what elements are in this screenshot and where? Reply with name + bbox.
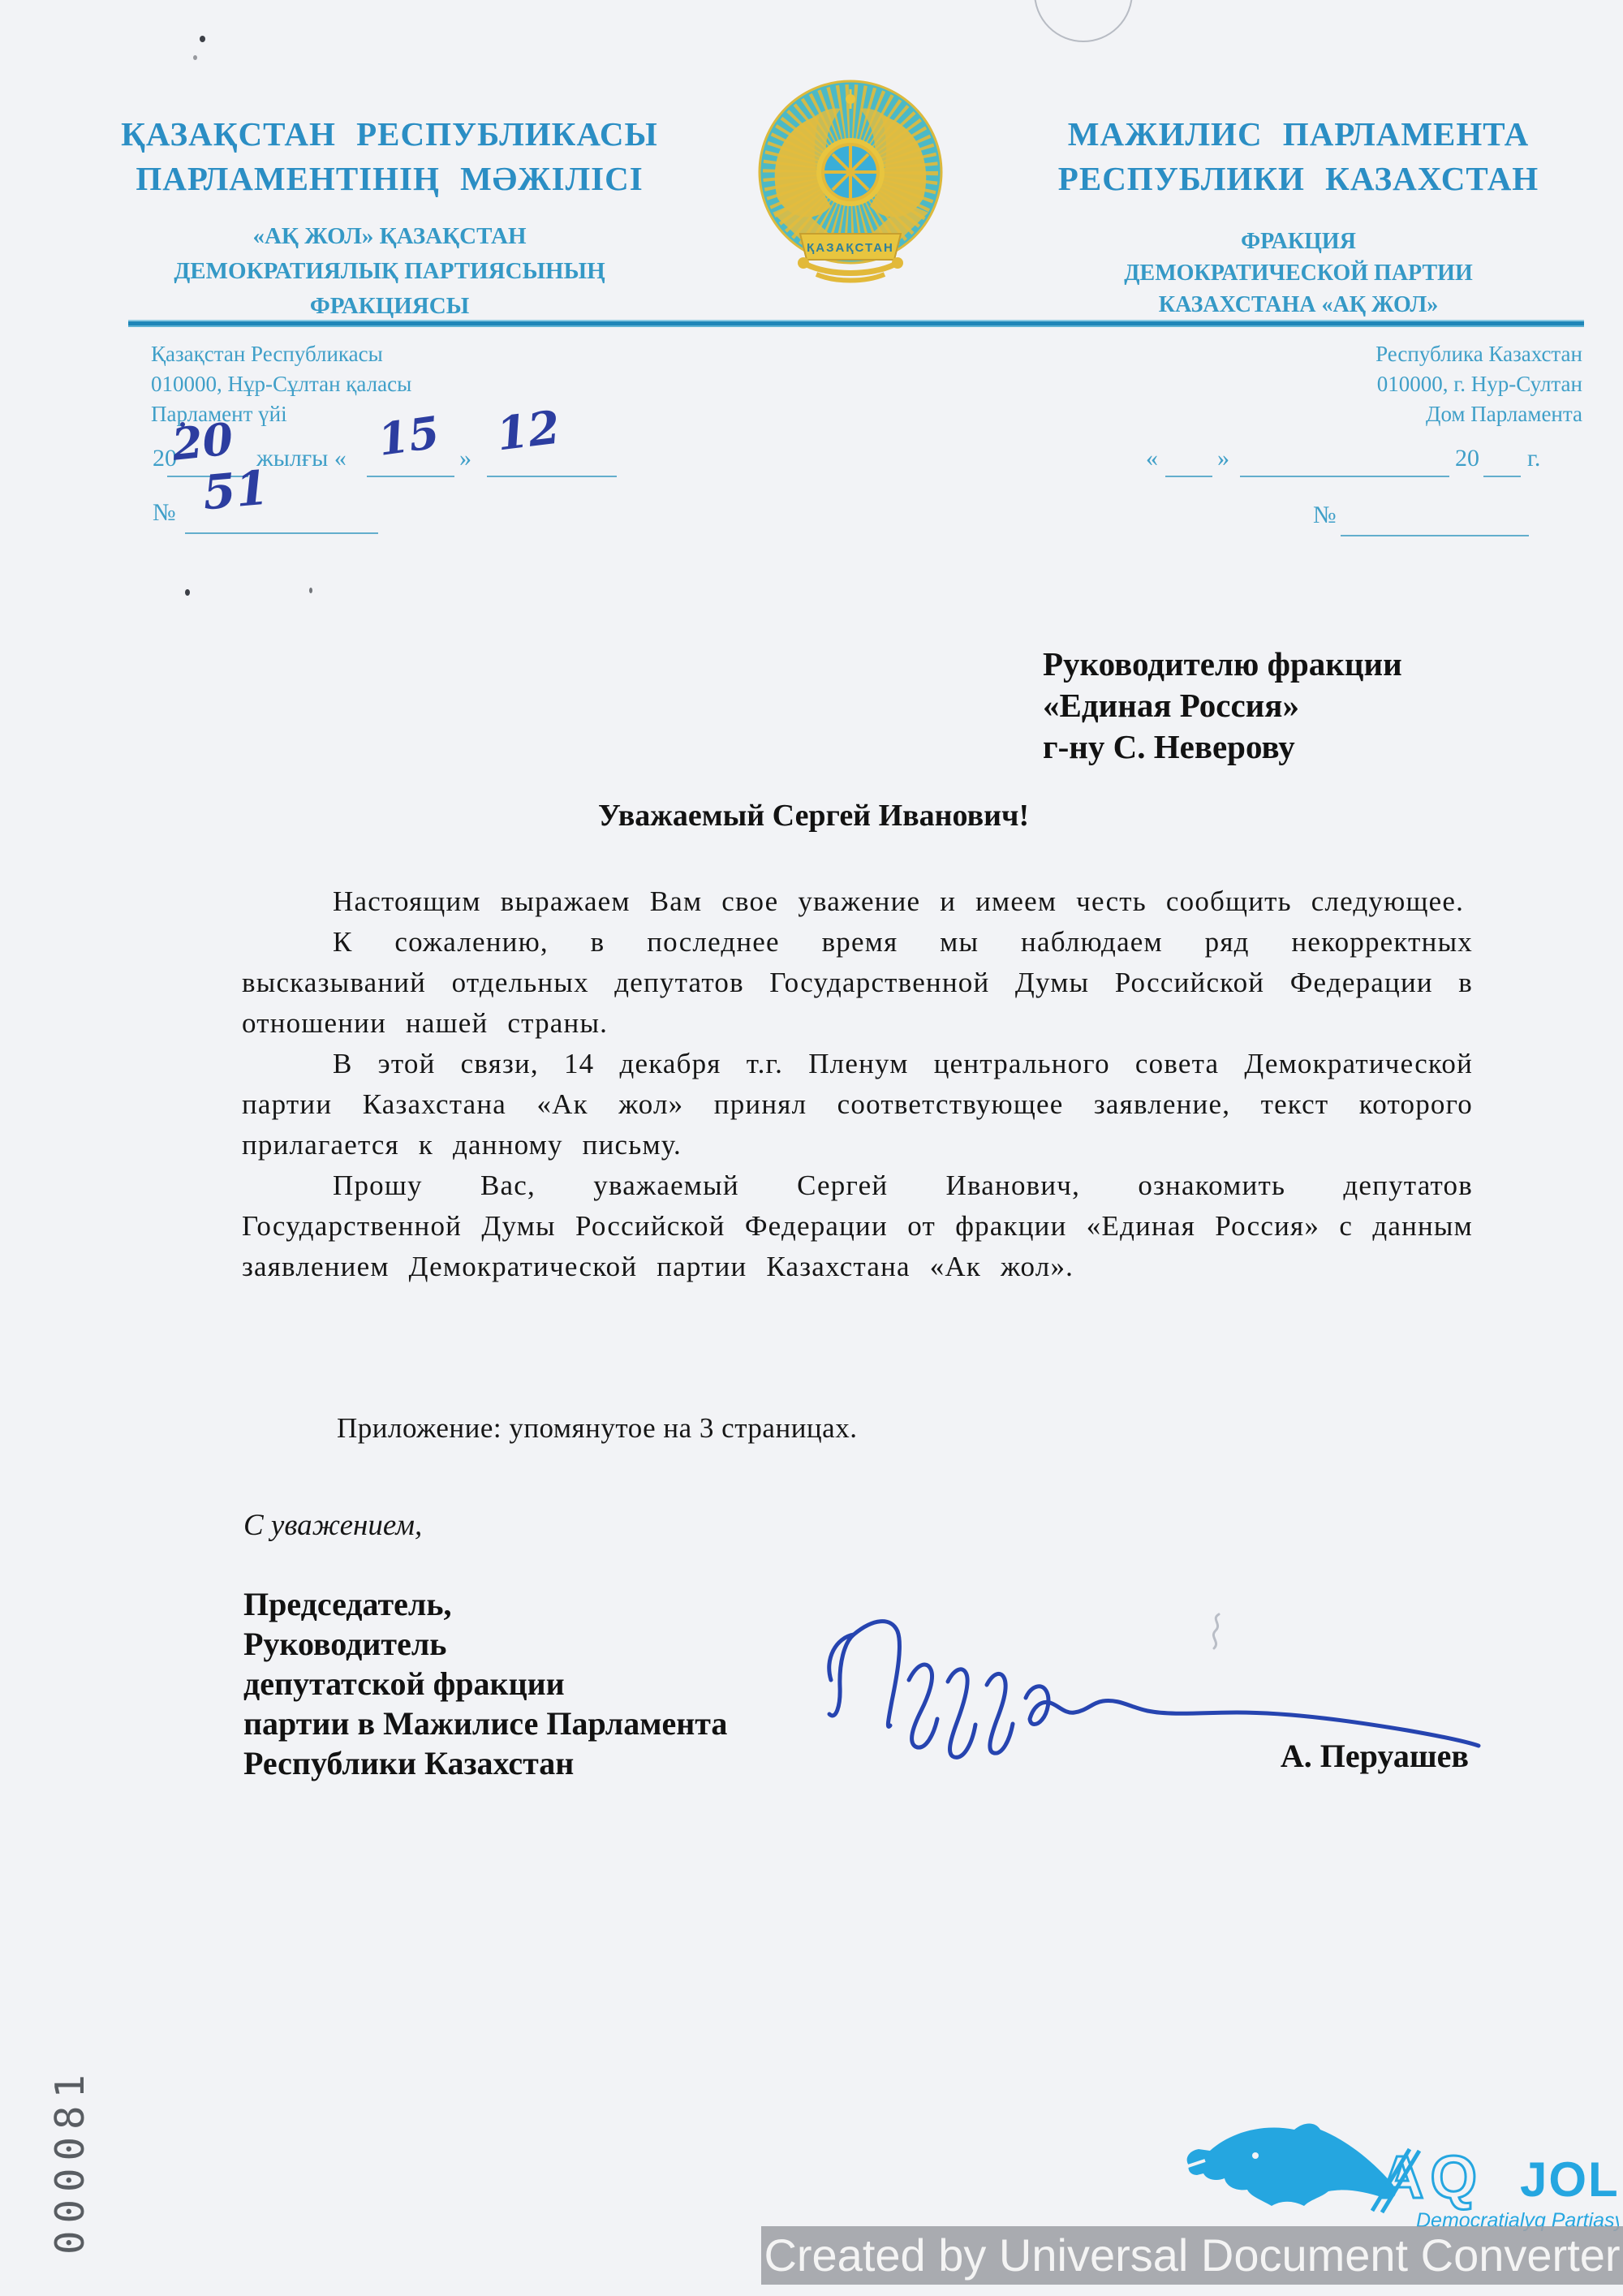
date-left-day-blank (367, 475, 454, 477)
scan-speck (185, 589, 190, 596)
letterhead-right: МАЖИЛИС ПАРЛАМЕНТА РЕСПУБЛИКИ КАЗАХСТАН … (1006, 112, 1591, 321)
letterhead-left-sub-line2: ДЕМОКРАТИЯЛЫҚ ПАРТИЯСЫНЫҢ (114, 254, 665, 289)
letterhead-right-sub-line2: ДЕМОКРАТИЧЕСКОЙ ПАРТИИ (1006, 257, 1591, 289)
body-paragraph-2: К сожалению, в последнее время мы наблюд… (242, 922, 1473, 1044)
scan-artifact-squiggle (1204, 1611, 1229, 1652)
date-right-year-blank (1483, 475, 1521, 477)
horse-head-icon (1186, 2124, 1396, 2207)
document-stamp-number: 000081 (47, 1982, 97, 2255)
salutation: Уважаемый Сергей Иванович! (598, 798, 1029, 834)
scan-artifact-arc (1034, 0, 1133, 42)
body-paragraph-3: В этой связи, 14 декабря т.г. Пленум цен… (242, 1044, 1473, 1165)
recipient-line2: «Единая Россия» (1043, 685, 1402, 726)
letterhead-divider-rule (128, 320, 1584, 327)
letterhead-right-sub-line1: ФРАКЦИЯ (1006, 226, 1591, 257)
handwritten-day: 15 (375, 406, 442, 466)
signature-title-block: Председатель, Руководитель депутатской ф… (243, 1584, 727, 1783)
date-right-close-quote: » (1217, 445, 1229, 472)
scan-speck (200, 36, 205, 42)
address-right-line3: Дом Парламента (1177, 399, 1582, 429)
ref-left-blank (185, 532, 378, 534)
letterhead-left-title-line2: ПАРЛАМЕНТІНІҢ МӘЖІЛІСІ (114, 157, 665, 201)
letterhead-right-sub-line3: КАЗАХСТАНА «АҚ ЖОЛ» (1006, 289, 1591, 321)
scan-speck (309, 588, 312, 593)
recipient-line3: г-ну С. Неверову (1043, 726, 1402, 768)
address-left-line2: 010000, Нұр-Сұлтан қаласы (151, 369, 411, 399)
kazakhstan-coat-of-arms-icon: ҚАЗАҚСТАН (753, 75, 948, 287)
logo-text-jol: JOL (1520, 2152, 1619, 2207)
signature-title-line5: Республики Казахстан (243, 1743, 727, 1783)
logo-text-aq: AQ (1380, 2143, 1483, 2211)
date-right-open-quote: « (1146, 445, 1158, 472)
emblem-banner-text: ҚАЗАҚСТАН (807, 241, 894, 255)
date-left-word: жылғы « (256, 445, 347, 472)
letterhead-left: ҚАЗАҚСТАН РЕСПУБЛИКАСЫ ПАРЛАМЕНТІНІҢ МӘЖ… (114, 112, 665, 324)
date-right-year-prefix: 20 (1455, 445, 1479, 472)
recipient-line1: Руководителю фракции (1043, 644, 1402, 685)
signature-title-line4: партии в Мажилисе Парламента (243, 1704, 727, 1743)
address-right-line2: 010000, г. Нур-Султан (1177, 369, 1582, 399)
address-right-line1: Республика Казахстан (1177, 339, 1582, 369)
watermark-banner: Created by Universal Document Converter (761, 2226, 1623, 2285)
scan-speck (193, 55, 197, 60)
body-paragraph-1: Настоящим выражаем Вам свое уважение и и… (242, 881, 1473, 922)
signature-title-line2: Руководитель (243, 1624, 727, 1664)
date-left-month-blank (487, 475, 617, 477)
signer-name: А. Перуашев (1281, 1737, 1469, 1775)
address-left-line1: Қазақстан Республикасы (151, 339, 411, 369)
letterhead-right-title-line1: МАЖИЛИС ПАРЛАМЕНТА (1006, 112, 1591, 157)
letterhead-left-sub-line1: «АҚ ЖОЛ» ҚАЗАҚСТАН (114, 219, 665, 254)
ref-left-label: № (153, 499, 176, 527)
recipient-block: Руководителю фракции «Единая Россия» г-н… (1043, 644, 1402, 768)
signature-title-line3: депутатской фракции (243, 1664, 727, 1704)
signature-title-line1: Председатель, (243, 1584, 727, 1624)
handwritten-year: 20 (170, 412, 235, 471)
handwritten-ref-number: 51 (200, 460, 270, 521)
aqjol-party-logo: AQ JOL Democratialyq Partiasy (1181, 2120, 1619, 2242)
address-block-right: Республика Казахстан 010000, г. Нур-Султ… (1177, 339, 1582, 429)
attachment-note: Приложение: упомянутое на 3 страницах. (337, 1412, 857, 1445)
closing-phrase: С уважением, (243, 1508, 422, 1543)
letterhead-left-sub-line3: ФРАКЦИЯСЫ (114, 289, 665, 324)
date-right-day-blank (1165, 475, 1212, 477)
ink-dot (180, 422, 185, 427)
date-right-month-blank (1240, 475, 1449, 477)
ref-right-label: № (1313, 502, 1337, 529)
scanned-letter-page: { "letterhead": { "left": { "title1": "Қ… (0, 0, 1623, 2296)
letterhead-right-title-line2: РЕСПУБЛИКИ КАЗАХСТАН (1006, 157, 1591, 201)
handwritten-month: 12 (493, 400, 562, 461)
body-paragraph-4: Прошу Вас, уважаемый Сергей Иванович, оз… (242, 1165, 1473, 1287)
date-right-year-suffix: г. (1527, 445, 1540, 472)
date-left-close-quote: » (459, 445, 471, 472)
ref-right-blank (1341, 534, 1529, 536)
letter-body: Настоящим выражаем Вам свое уважение и и… (242, 881, 1473, 1287)
letterhead-left-title-line1: ҚАЗАҚСТАН РЕСПУБЛИКАСЫ (114, 112, 665, 157)
